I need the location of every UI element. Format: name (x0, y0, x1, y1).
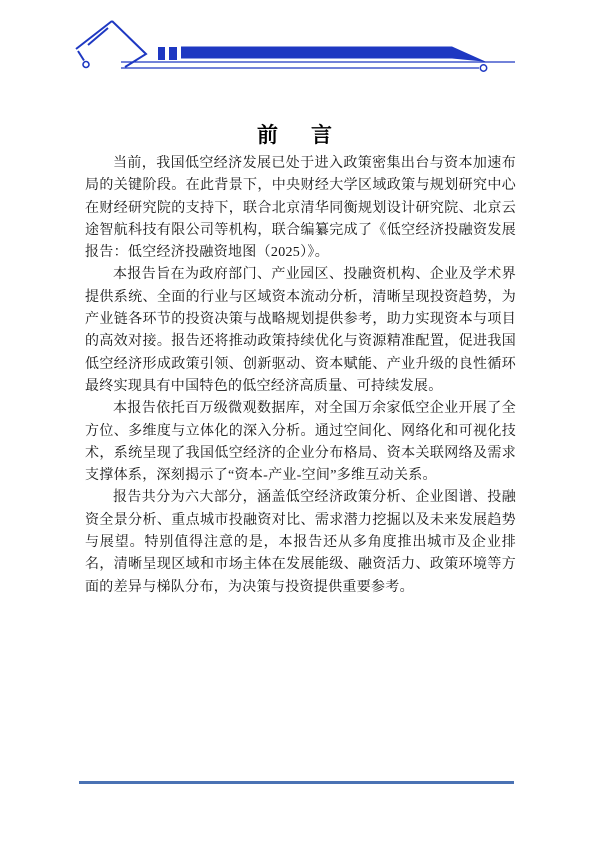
header-rule-end-dot (480, 65, 486, 71)
paragraph-4: 报告共分为六大部分，涵盖低空经济政策分析、企业图谱、投融资全景分析、重点城市投融… (85, 487, 516, 598)
header-decoration (0, 0, 595, 90)
kite-pen-icon (76, 21, 146, 68)
header-accent-bars (158, 47, 177, 60)
paragraph-3: 本报告依托百万级微观数据库，对全国万余家低空企业开展了全方位、多维度与立体化的深… (85, 398, 516, 487)
page-title: 前 言 (0, 123, 595, 149)
paragraph-2: 本报告旨在为政府部门、产业园区、投融资机构、企业及学术界提供系统、全面的行业与区… (85, 264, 516, 398)
paragraph-1: 当前，我国低空经济发展已处于进入政策密集出台与资本加速布局的关键阶段。在此背景下… (85, 153, 516, 264)
document-body: 当前，我国低空经济发展已处于进入政策密集出台与资本加速布局的关键阶段。在此背景下… (85, 153, 516, 599)
header-banner-bar (181, 47, 486, 62)
footer-rule (79, 781, 514, 784)
document-page: 前 言 当前，我国低空经济发展已处于进入政策密集出台与资本加速布局的关键阶段。在… (0, 0, 595, 841)
